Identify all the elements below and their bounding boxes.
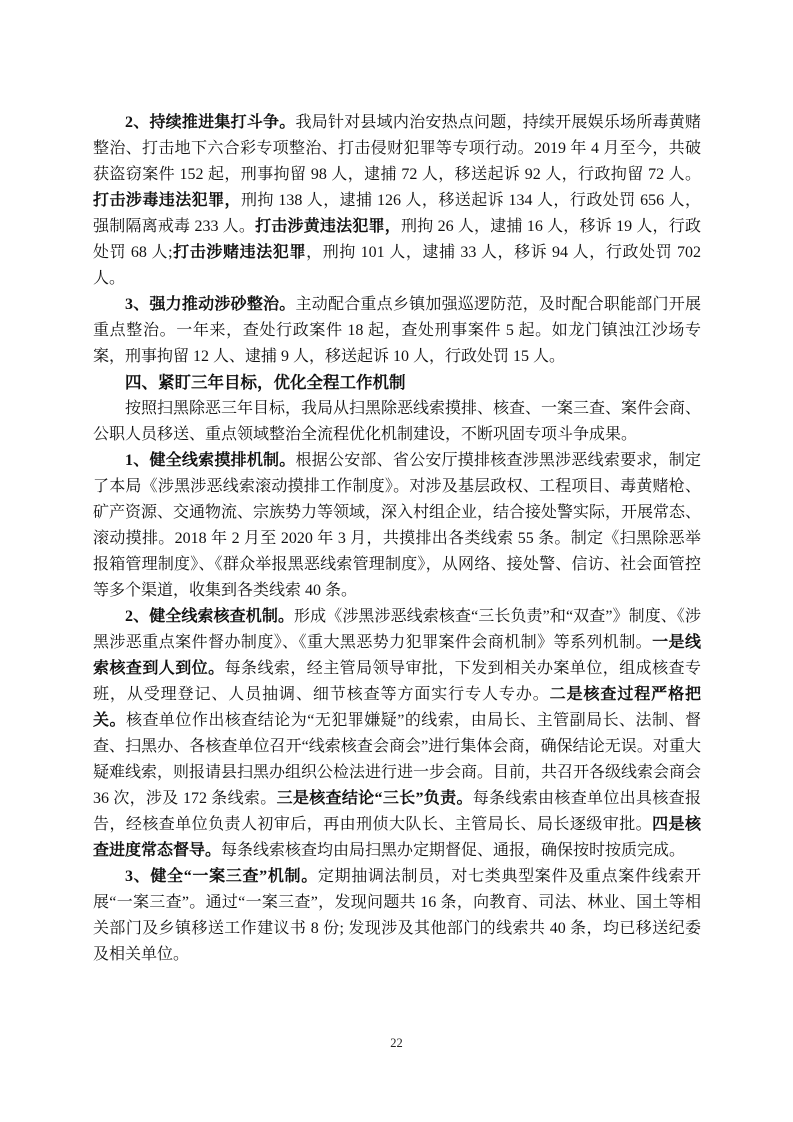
text-run: 打击涉毒违法犯罪， [93, 192, 241, 209]
body-paragraph: 按照扫黑除恶三年目标，我局从扫黑除恶线索摸排、核查、一案三查、案件会商、公职人员… [93, 396, 701, 448]
text-run: 按照扫黑除恶三年目标，我局从扫黑除恶线索摸排、核查、一案三查、案件会商、公职人员… [93, 400, 701, 443]
text-run: 3、健全“一案三查”机制。 [125, 868, 318, 885]
text-run: 打击涉赌违法犯罪 [173, 244, 307, 261]
text-run: 2、健全线索核查机制。 [125, 608, 294, 625]
body-paragraph: 3、强力推动涉砂整治。主动配合重点乡镇加强巡逻防范，及时配合职能部门开展重点整治… [93, 292, 701, 370]
text-run: 打击涉黄违法犯罪， [255, 218, 401, 235]
body-paragraph: 2、持续推进集打斗争。我局针对县域内治安热点问题，持续开展娱乐场所毒黄赌整治、打… [93, 110, 701, 292]
document-page: 2、持续推进集打斗争。我局针对县域内治安热点问题，持续开展娱乐场所毒黄赌整治、打… [0, 0, 793, 1122]
section-heading: 四、紧盯三年目标，优化全程工作机制 [93, 370, 701, 396]
body-paragraph: 3、健全“一案三查”机制。定期抽调法制员，对七类典型案件及重点案件线索开展“一案… [93, 864, 701, 968]
body-paragraph: 1、健全线索摸排机制。根据公安部、省公安厅摸排核查涉黑涉恶线索要求，制定了本局《… [93, 448, 701, 604]
page-number: 22 [390, 1036, 403, 1050]
body-paragraph: 2、健全线索核查机制。形成《涉黑涉恶线索核查“三长负责”和“双查”》制度、《涉黑… [93, 604, 701, 864]
document-body: 2、持续推进集打斗争。我局针对县域内治安热点问题，持续开展娱乐场所毒黄赌整治、打… [93, 110, 701, 968]
text-run: 3、强力推动涉砂整治。 [125, 296, 296, 313]
text-run: 三是核查结论“三长”负责。 [277, 790, 473, 807]
text-run: 四、紧盯三年目标，优化全程工作机制 [125, 374, 406, 392]
page-footer: 22 [0, 1036, 793, 1051]
text-run: 2、持续推进集打斗争。 [125, 114, 296, 131]
text-run: 1、健全线索摸排机制。 [125, 452, 296, 469]
text-run: 每条线索核查均由局扫黑办定期督促、通报，确保按时按质完成。 [221, 842, 685, 859]
text-run: 根据公安部、省公安厅摸排核查涉黑涉恶线索要求，制定了本局《涉黑涉恶线索滚动摸排工… [93, 452, 701, 599]
